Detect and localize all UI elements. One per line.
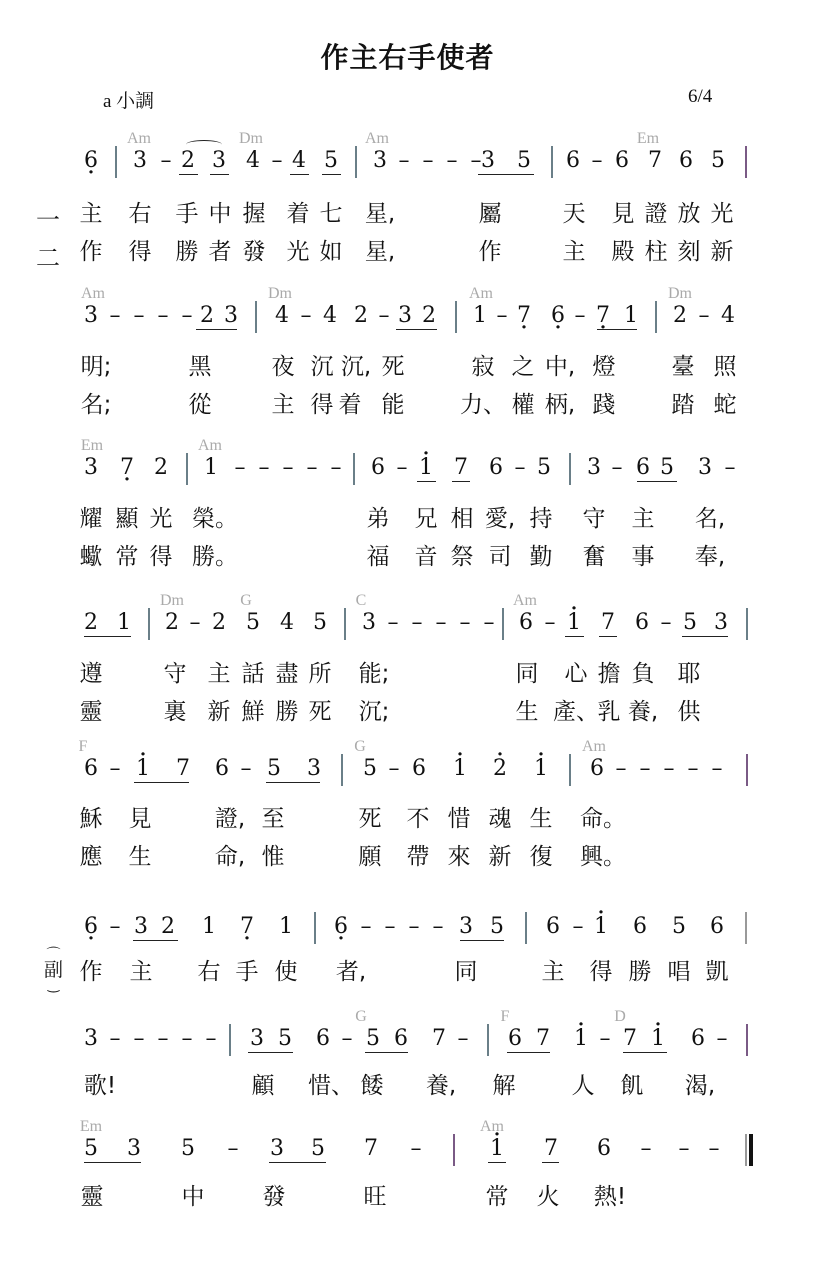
- note: 6: [636, 455, 650, 481]
- lyric-syllable: 如: [320, 238, 343, 266]
- note: 1: [594, 914, 608, 940]
- lyric-syllable: 奮: [583, 543, 606, 571]
- lyric-syllable: 不: [407, 805, 430, 833]
- barline: [314, 912, 316, 944]
- eighth-underline: [682, 636, 728, 637]
- note: 1: [651, 1026, 665, 1052]
- extension-dash: –: [283, 455, 294, 481]
- key-signature: a 小調: [103, 86, 154, 113]
- note: 6: [679, 148, 693, 174]
- lyric-syllable: 新: [208, 698, 231, 726]
- note: 5: [324, 148, 338, 174]
- eighth-underline: [365, 1052, 408, 1053]
- lyric-syllable: 生: [516, 698, 539, 726]
- note: 6: [615, 148, 629, 174]
- note: 3: [587, 455, 601, 481]
- lyric-syllable: 惜: [448, 805, 471, 833]
- eighth-underline: [84, 1162, 141, 1163]
- eighth-underline: [210, 174, 229, 175]
- lyric-syllable: 持: [530, 505, 553, 533]
- lyric-syllable: 唱: [668, 958, 691, 986]
- extension-dash: –: [206, 1026, 217, 1052]
- extension-dash: –: [679, 1136, 690, 1162]
- note: 4: [246, 148, 260, 174]
- note: 5: [517, 148, 531, 174]
- lyric-syllable: 新: [489, 843, 512, 871]
- lyric-syllable: 星,: [365, 200, 395, 228]
- lyric-syllable: 屬: [479, 200, 502, 228]
- extension-dash: –: [640, 756, 651, 782]
- note: 1: [624, 303, 638, 329]
- note: 3: [133, 148, 147, 174]
- note: 6: [633, 914, 647, 940]
- extension-dash: –: [688, 756, 699, 782]
- note: 6: [691, 1026, 705, 1052]
- lyric-syllable: 刻: [678, 238, 701, 266]
- extension-dash: –: [709, 1136, 720, 1162]
- eighth-underline: [248, 1052, 293, 1053]
- note: 6: [710, 914, 724, 940]
- lyric-syllable: 裏: [164, 698, 187, 726]
- lyric-syllable: 得: [590, 958, 613, 986]
- extension-dash: –: [259, 455, 270, 481]
- lyric-syllable: 死: [359, 805, 382, 833]
- extension-dash: –: [235, 455, 246, 481]
- chord-symbol: Am: [480, 1118, 504, 1136]
- note: 3: [250, 1026, 264, 1052]
- extension-dash: –: [460, 610, 471, 636]
- extension-dash: –: [471, 148, 482, 174]
- note: 3: [84, 303, 98, 329]
- lyric-syllable: 養,: [426, 1072, 456, 1100]
- note: 3: [84, 1026, 98, 1052]
- note: 6: [590, 756, 604, 782]
- note: 3: [698, 455, 712, 481]
- note: 1: [534, 756, 548, 782]
- note: 7: [364, 1136, 378, 1162]
- chord-symbol: Am: [81, 285, 105, 303]
- note: 2: [673, 303, 687, 329]
- extension-dash: –: [110, 756, 121, 782]
- lyric-syllable: 同: [455, 958, 478, 986]
- barline: [745, 146, 747, 178]
- note: 4: [721, 303, 735, 329]
- note: 1: [453, 756, 467, 782]
- extension-dash: –: [725, 455, 736, 481]
- extension-dash: –: [379, 303, 390, 329]
- lyric-syllable: 燈: [593, 353, 616, 381]
- lyric-syllable: 勝。: [192, 543, 238, 571]
- lyric-syllable: 司: [489, 543, 512, 571]
- extension-dash: –: [342, 1026, 353, 1052]
- note: 6: [316, 1026, 330, 1052]
- lyric-syllable: 見: [129, 805, 152, 833]
- lyric-syllable: 名,: [695, 505, 725, 533]
- extension-dash: –: [301, 303, 312, 329]
- eighth-underline: [597, 329, 637, 330]
- lyric-syllable: 勤: [530, 543, 553, 571]
- tie-slur: [186, 140, 222, 149]
- verse-1-marker: 一: [36, 200, 60, 235]
- extension-dash: –: [182, 303, 193, 329]
- lyric-syllable: 星,: [365, 238, 395, 266]
- lyric-syllable: 靈: [81, 1183, 104, 1211]
- chord-symbol: Dm: [268, 285, 292, 303]
- lyric-syllable: 同: [516, 660, 539, 688]
- lyric-syllable: 得: [311, 391, 334, 419]
- lyric-syllable: 勝: [176, 238, 199, 266]
- time-signature: 6/4: [688, 86, 712, 108]
- note: 6: [84, 756, 98, 782]
- lyric-syllable: 兄: [415, 505, 438, 533]
- lyric-syllable: 常: [486, 1183, 509, 1211]
- song-title: 作主右手使者: [0, 36, 815, 76]
- extension-dash: –: [307, 455, 318, 481]
- note: 3: [307, 756, 321, 782]
- lyric-syllable: 死: [382, 353, 405, 381]
- lyric-syllable: 發: [243, 238, 266, 266]
- barline: [746, 754, 748, 786]
- barline: [344, 608, 346, 640]
- note: 7: [517, 303, 531, 329]
- lyric-syllable: 擔: [598, 660, 621, 688]
- lyric-syllable: 得: [150, 543, 173, 571]
- lyric-syllable: 新: [711, 238, 734, 266]
- lyric-syllable: 供: [678, 698, 701, 726]
- eighth-underline: [134, 782, 189, 783]
- note: 5: [278, 1026, 292, 1052]
- barline: [525, 912, 527, 944]
- lyric-syllable: 餧: [361, 1072, 384, 1100]
- lyric-syllable: 耀: [80, 505, 103, 533]
- lyric-syllable: 乳: [598, 698, 621, 726]
- lyric-syllable: 勝: [276, 698, 299, 726]
- barline: [745, 1134, 747, 1166]
- extension-dash: –: [616, 756, 627, 782]
- extension-dash: –: [717, 1026, 728, 1052]
- lyric-syllable: 遵: [80, 660, 103, 688]
- lyric-syllable: 應: [80, 843, 103, 871]
- lyric-syllable: 者,: [336, 958, 366, 986]
- note: 5: [313, 610, 327, 636]
- note: 5: [660, 455, 674, 481]
- lyric-syllable: 心: [565, 660, 588, 688]
- extension-dash: –: [228, 1136, 239, 1162]
- chord-symbol: Am: [198, 437, 222, 455]
- extension-dash: –: [411, 1136, 422, 1162]
- note: 5: [366, 1026, 380, 1052]
- chord-symbol: Am: [513, 592, 537, 610]
- eighth-underline: [488, 1162, 506, 1163]
- extension-dash: –: [110, 1026, 121, 1052]
- lyric-syllable: 作: [479, 238, 502, 266]
- extension-dash: –: [412, 610, 423, 636]
- note: 2: [154, 455, 168, 481]
- verse-2-marker: 二: [36, 238, 60, 273]
- lyric-syllable: 靈: [80, 698, 103, 726]
- lyric-syllable: 惟: [262, 843, 285, 871]
- lyric-syllable: 相: [451, 505, 474, 533]
- chord-symbol: Am: [365, 130, 389, 148]
- lyric-syllable: 光: [711, 200, 734, 228]
- chord-symbol: G: [355, 1008, 367, 1026]
- barline: [355, 146, 357, 178]
- lyric-syllable: 盡: [276, 660, 299, 688]
- lyric-syllable: 踏: [672, 391, 695, 419]
- lyric-syllable: 帶: [407, 843, 430, 871]
- barline: [353, 453, 355, 485]
- lyric-syllable: 旺: [364, 1183, 387, 1211]
- lyric-syllable: 之: [512, 353, 535, 381]
- lyric-syllable: 沉: [311, 353, 334, 381]
- barline: [502, 608, 504, 640]
- lyric-syllable: 凱: [706, 958, 729, 986]
- note: 1: [117, 610, 131, 636]
- chorus-marker: ⌒ 副 ‿: [44, 950, 63, 990]
- lyric-syllable: 作: [80, 238, 103, 266]
- lyric-syllable: 穌: [80, 805, 103, 833]
- note: 2: [200, 303, 214, 329]
- lyric-syllable: 渴,: [685, 1072, 715, 1100]
- note: 6: [215, 756, 229, 782]
- note: 5: [490, 914, 504, 940]
- eighth-underline: [290, 174, 309, 175]
- note: 5: [363, 756, 377, 782]
- extension-dash: –: [409, 914, 420, 940]
- eighth-underline: [196, 329, 237, 330]
- lyric-syllable: 主: [208, 660, 231, 688]
- lyric-syllable: 作: [80, 958, 103, 986]
- chord-symbol: Em: [81, 437, 103, 455]
- lyric-syllable: 證,: [215, 805, 245, 833]
- extension-dash: –: [182, 1026, 193, 1052]
- note: 6: [412, 756, 426, 782]
- lyric-syllable: 臺: [672, 353, 695, 381]
- eighth-underline: [637, 481, 677, 482]
- chord-symbol: C: [356, 592, 367, 610]
- eighth-underline: [478, 174, 534, 175]
- eighth-underline: [452, 481, 470, 482]
- lyric-syllable: 守: [583, 505, 606, 533]
- lyric-syllable: 照: [714, 353, 737, 381]
- lyric-syllable: 榮。: [192, 505, 238, 533]
- lyric-syllable: 蛇: [714, 391, 737, 419]
- lyric-syllable: 七: [320, 200, 343, 228]
- extension-dash: –: [515, 455, 526, 481]
- note: 2: [165, 610, 179, 636]
- lyric-syllable: 天: [563, 200, 586, 228]
- note: 7: [648, 148, 662, 174]
- note: 5: [683, 610, 697, 636]
- lyric-syllable: 常: [116, 543, 139, 571]
- extension-dash: –: [447, 148, 458, 174]
- lyric-syllable: 明;: [81, 353, 112, 381]
- lyric-syllable: 手: [176, 200, 199, 228]
- note: 6: [84, 148, 98, 174]
- note: 1: [567, 610, 581, 636]
- note: 1: [204, 455, 218, 481]
- extension-dash: –: [497, 303, 508, 329]
- lyric-syllable: 寂: [472, 353, 495, 381]
- extension-dash: –: [600, 1026, 611, 1052]
- chord-symbol: D: [614, 1008, 626, 1026]
- chord-symbol: Am: [469, 285, 493, 303]
- lyric-syllable: 夜: [272, 353, 295, 381]
- lyric-syllable: 主: [80, 200, 103, 228]
- note: 1: [473, 303, 487, 329]
- lyric-syllable: 中,: [545, 353, 575, 381]
- note: 5: [84, 1136, 98, 1162]
- lyric-syllable: 守: [164, 660, 187, 688]
- lyric-syllable: 愛,: [485, 505, 515, 533]
- note: 2: [493, 756, 507, 782]
- barline: [341, 754, 343, 786]
- chord-symbol: Dm: [160, 592, 184, 610]
- eighth-underline: [417, 481, 436, 482]
- note: 6: [371, 455, 385, 481]
- barline: [229, 1024, 231, 1056]
- lyric-syllable: 解: [493, 1072, 516, 1100]
- extension-dash: –: [241, 756, 252, 782]
- lyric-syllable: 耶: [678, 660, 701, 688]
- note: 6: [519, 610, 533, 636]
- lyric-syllable: 命,: [215, 843, 245, 871]
- note: 3: [459, 914, 473, 940]
- note: 1: [419, 455, 433, 481]
- note: 5: [246, 610, 260, 636]
- note: 1: [279, 914, 293, 940]
- lyric-syllable: 生: [129, 843, 152, 871]
- extension-dash: –: [712, 756, 723, 782]
- lyric-syllable: 飢: [621, 1072, 644, 1100]
- lyric-syllable: 名;: [81, 391, 112, 419]
- lyric-syllable: 發: [263, 1183, 286, 1211]
- note: 3: [134, 914, 148, 940]
- extension-dash: –: [110, 303, 121, 329]
- lyric-syllable: 歌!: [84, 1072, 116, 1100]
- note: 7: [120, 455, 134, 481]
- barline: [115, 146, 117, 178]
- note: 7: [176, 756, 190, 782]
- note: 3: [84, 455, 98, 481]
- eighth-underline: [507, 1052, 550, 1053]
- lyric-syllable: 殿: [612, 238, 635, 266]
- note: 6: [84, 914, 98, 940]
- lyric-syllable: 權: [512, 391, 535, 419]
- barline: [255, 301, 257, 333]
- eighth-underline: [599, 636, 617, 637]
- eighth-underline: [460, 940, 504, 941]
- note: 7: [536, 1026, 550, 1052]
- lyric-syllable: 興。: [580, 843, 626, 871]
- extension-dash: –: [388, 610, 399, 636]
- note: 1: [490, 1136, 504, 1162]
- note: 4: [280, 610, 294, 636]
- lyric-syllable: 光: [150, 505, 173, 533]
- note: 7: [432, 1026, 446, 1052]
- lyric-syllable: 光: [287, 238, 310, 266]
- lyric-syllable: 音: [415, 543, 438, 571]
- lyric-syllable: 來: [448, 843, 471, 871]
- barline: [455, 301, 457, 333]
- chord-symbol: Dm: [668, 285, 692, 303]
- lyric-syllable: 福: [367, 543, 390, 571]
- extension-dash: –: [110, 914, 121, 940]
- chord-symbol: F: [501, 1008, 510, 1026]
- note: 6: [394, 1026, 408, 1052]
- lyric-syllable: 所: [309, 660, 332, 688]
- note: 1: [574, 1026, 588, 1052]
- note: 5: [311, 1136, 325, 1162]
- note: 5: [672, 914, 686, 940]
- lyric-syllable: 生: [530, 805, 553, 833]
- extension-dash: –: [545, 610, 556, 636]
- note: 5: [537, 455, 551, 481]
- extension-dash: –: [575, 303, 586, 329]
- barline: [186, 453, 188, 485]
- barline: [746, 1024, 748, 1056]
- barline: [551, 146, 553, 178]
- lyric-syllable: 使: [275, 958, 298, 986]
- note: 7: [596, 303, 610, 329]
- lyric-syllable: 手: [236, 958, 259, 986]
- lyric-syllable: 奉,: [695, 543, 725, 571]
- note: 4: [275, 303, 289, 329]
- chord-symbol: Em: [637, 130, 659, 148]
- lyric-syllable: 能;: [359, 660, 390, 688]
- lyric-syllable: 主: [130, 958, 153, 986]
- lyric-syllable: 能: [382, 391, 405, 419]
- note: 4: [323, 303, 337, 329]
- lyric-syllable: 養,: [628, 698, 658, 726]
- lyric-syllable: 踐: [593, 391, 616, 419]
- extension-dash: –: [389, 756, 400, 782]
- note: 3: [481, 148, 495, 174]
- note: 6: [551, 303, 565, 329]
- extension-dash: –: [161, 148, 172, 174]
- note: 7: [240, 914, 254, 940]
- eighth-underline: [542, 1162, 559, 1163]
- extension-dash: –: [361, 914, 372, 940]
- barline: [746, 608, 748, 640]
- note: 4: [292, 148, 306, 174]
- lyric-syllable: 人: [572, 1072, 595, 1100]
- lyric-syllable: 復: [530, 843, 553, 871]
- lyric-syllable: 顧: [252, 1072, 275, 1100]
- lyric-syllable: 火: [537, 1183, 560, 1211]
- lyric-syllable: 沉;: [359, 698, 390, 726]
- note: 7: [544, 1136, 558, 1162]
- extension-dash: –: [484, 610, 495, 636]
- note: 3: [127, 1136, 141, 1162]
- lyric-syllable: 弟: [367, 505, 390, 533]
- extension-dash: –: [134, 1026, 145, 1052]
- note: 2: [84, 610, 98, 636]
- chord-symbol: Am: [127, 130, 151, 148]
- note: 6: [546, 914, 560, 940]
- note: 3: [373, 148, 387, 174]
- note: 2: [161, 914, 175, 940]
- lyric-syllable: 至: [262, 805, 285, 833]
- lyric-syllable: 鮮: [242, 698, 265, 726]
- eighth-underline: [269, 1162, 326, 1163]
- barline: [569, 754, 571, 786]
- extension-dash: –: [458, 1026, 469, 1052]
- lyric-syllable: 熱!: [594, 1183, 626, 1211]
- lyric-syllable: 命。: [580, 805, 626, 833]
- lyric-syllable: 者: [209, 238, 232, 266]
- extension-dash: –: [433, 914, 444, 940]
